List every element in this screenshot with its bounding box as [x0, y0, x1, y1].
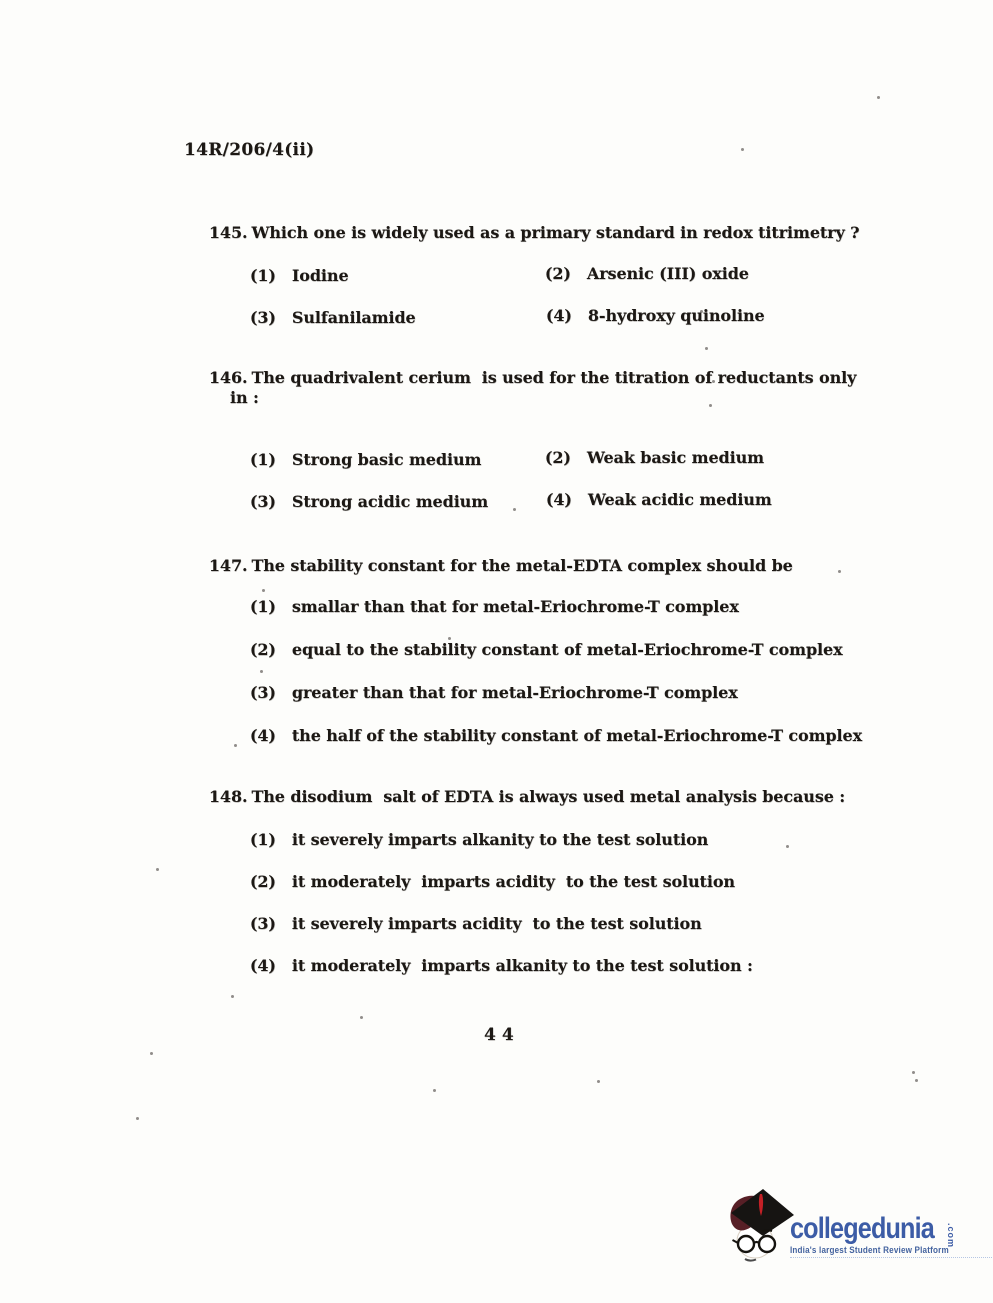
- option-label: greater than that for metal-Eriochrome-T…: [292, 683, 738, 702]
- question-148-option-4: (4)it moderately imparts alkanity to the…: [228, 936, 753, 996]
- option-number: (4): [546, 490, 588, 510]
- option-label: the half of the stability constant of me…: [292, 726, 862, 745]
- option-label: smallar than that for metal-Eriochrome-T…: [292, 597, 739, 616]
- option-label: it severely imparts alkanity to the test…: [292, 830, 708, 849]
- question-147-text: The stability constant for the metal-EDT…: [251, 556, 792, 575]
- option-label: Strong basic medium: [292, 450, 481, 469]
- option-label: Iodine: [292, 266, 349, 285]
- question-145-text: Which one is widely used as a primary st…: [251, 223, 859, 242]
- scan-speck: [705, 347, 708, 350]
- scan-speck: [231, 995, 234, 998]
- option-number: (1): [250, 266, 292, 286]
- option-number: (1): [250, 450, 292, 470]
- scan-speck: [136, 1117, 139, 1120]
- option-label: Sulfanilamide: [292, 308, 416, 327]
- scan-speck: [597, 1080, 600, 1083]
- question-146-text-line2: in :: [230, 388, 259, 408]
- scan-speck: [877, 96, 880, 99]
- question-148-text: The disodium salt of EDTA is always used…: [251, 787, 845, 806]
- option-number: (1): [250, 597, 292, 617]
- question-146-number: 146.: [209, 368, 248, 387]
- scan-speck: [786, 845, 789, 848]
- scan-speck: [156, 868, 159, 871]
- scan-speck: [234, 744, 237, 747]
- question-148-number: 148.: [209, 787, 248, 806]
- option-number: (3): [250, 492, 292, 512]
- scan-speck: [700, 310, 703, 313]
- scan-speck: [398, 885, 401, 888]
- option-label: equal to the stability constant of metal…: [292, 640, 843, 659]
- option-number: (3): [250, 683, 292, 703]
- scan-speck: [712, 380, 715, 383]
- question-145-option-3: (3)Sulfanilamide: [228, 288, 416, 348]
- option-label: 8-hydroxy quinoline: [588, 306, 765, 325]
- option-number: (3): [250, 308, 292, 328]
- scanned-exam-page: 14R/206/4(ii) 145.Which one is widely us…: [0, 0, 993, 1303]
- question-147-option-4: (4)the half of the stability constant of…: [228, 706, 862, 766]
- page-number: 44: [484, 1025, 520, 1045]
- scan-speck: [262, 589, 265, 592]
- option-number: (3): [250, 914, 292, 934]
- scan-speck: [260, 670, 263, 673]
- collegedunia-mascot-icon: [726, 1186, 800, 1266]
- option-number: (4): [546, 306, 588, 326]
- option-label: it moderately imparts acidity to the tes…: [292, 872, 735, 891]
- collegedunia-wordmark: collegedunia: [790, 1214, 934, 1244]
- scan-speck: [912, 1071, 915, 1074]
- scan-speck: [448, 637, 451, 640]
- scan-speck: [513, 508, 516, 511]
- option-label: Weak acidic medium: [588, 490, 772, 509]
- paper-code: 14R/206/4(ii): [184, 140, 314, 160]
- question-146-option-3: (3)Strong acidic medium: [228, 472, 488, 532]
- scan-speck: [838, 570, 841, 573]
- collegedunia-logo: collegedunia .com India's largest Studen…: [726, 1186, 993, 1281]
- scan-speck: [150, 1052, 153, 1055]
- question-147-number: 147.: [209, 556, 248, 575]
- option-number: (4): [250, 956, 292, 976]
- scan-speck: [741, 148, 744, 151]
- option-number: (1): [250, 830, 292, 850]
- question-145-option-4: (4)8-hydroxy quinoline: [524, 286, 765, 346]
- option-label: it severely imparts acidity to the test …: [292, 914, 702, 933]
- scan-speck: [360, 1016, 363, 1019]
- collegedunia-tagline: India's largest Student Review Platform: [790, 1245, 949, 1255]
- option-number: (2): [545, 264, 587, 284]
- option-label: it moderately imparts alkanity to the te…: [292, 956, 753, 975]
- question-146: 146.The quadrivalent cerium is used for …: [187, 348, 856, 408]
- option-label: Weak basic medium: [587, 448, 764, 467]
- option-number: (4): [250, 726, 292, 746]
- scan-speck: [433, 1089, 436, 1092]
- question-146-text: The quadrivalent cerium is used for the …: [251, 368, 856, 387]
- option-number: (2): [250, 640, 292, 660]
- option-label: Arsenic (III) oxide: [587, 264, 749, 283]
- option-number: (2): [545, 448, 587, 468]
- question-146-option-4: (4)Weak acidic medium: [524, 470, 772, 530]
- scan-speck: [915, 1079, 918, 1082]
- option-label: Strong acidic medium: [292, 492, 488, 511]
- question-145-number: 145.: [209, 223, 248, 242]
- logo-underline: [790, 1257, 992, 1258]
- scan-speck: [709, 404, 712, 407]
- option-number: (2): [250, 872, 292, 892]
